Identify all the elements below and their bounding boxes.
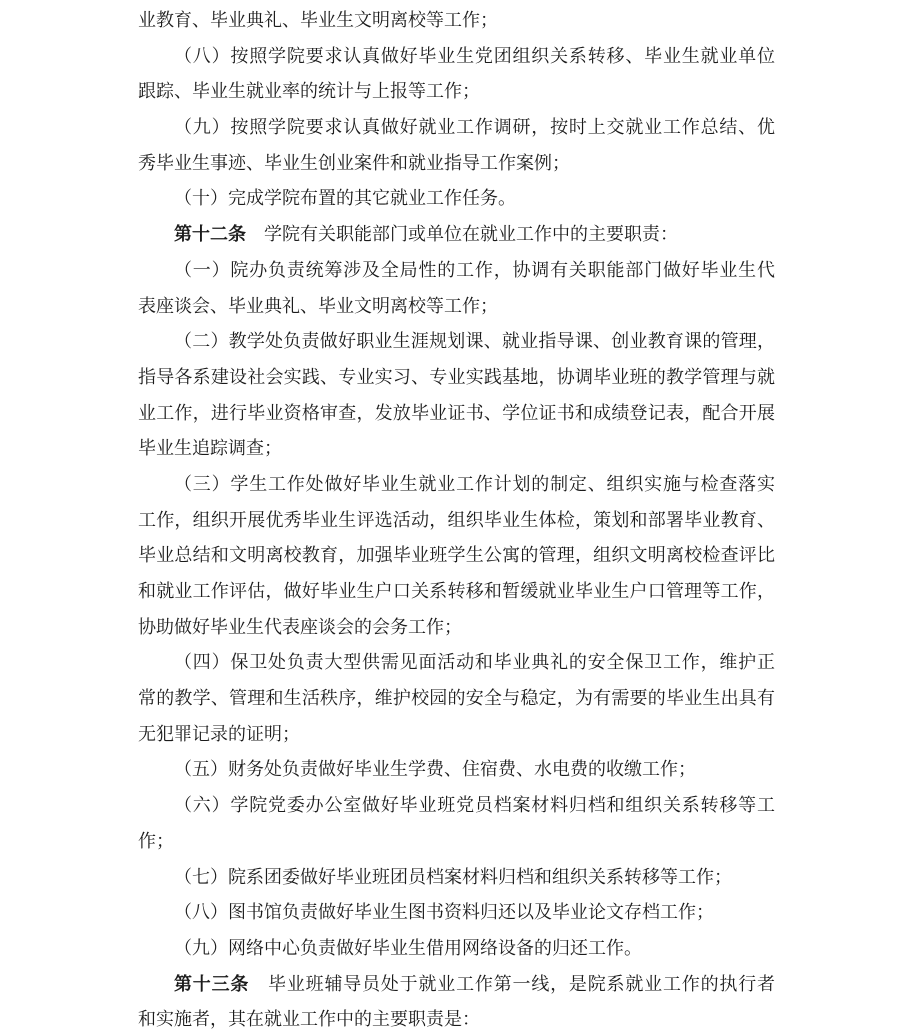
text-line-content: （四）保卫处负责大型供需见面活动和毕业典礼的安全保卫工作，维护正 [174,645,776,681]
text-line-content: （六）学院党委办公室做好毕业班党员档案材料归档和组织关系转移等工 [174,788,776,824]
text-line-content: （九）按照学院要求认真做好就业工作调研，按时上交就业工作总结、优 [174,110,776,146]
body-text: （九）按照学院要求认真做好就业工作调研，按时上交就业工作总结、优 [174,117,776,137]
text-line: （五）财务处负责做好毕业生学费、住宿费、水电费的收缴工作； [138,752,775,788]
text-line: （四）保卫处负责大型供需见面活动和毕业典礼的安全保卫工作，维护正 [138,645,775,681]
text-line: 业工作，进行毕业资格审查，发放毕业证书、学位证书和成绩登记表，配合开展 [138,396,775,432]
text-line-content: （七）院系团委做好毕业班团员档案材料归档和组织关系转移等工作； [174,860,732,896]
text-line: 指导各系建设社会实践、专业实习、专业实践基地，协调毕业班的教学管理与就 [138,360,775,396]
body-text: 毕业班辅导员处于就业工作第一线，是院系就业工作的执行者 [249,974,776,994]
text-line-content: 无犯罪记录的证明； [138,717,300,753]
text-line: （六）学院党委办公室做好毕业班党员档案材料归档和组织关系转移等工 [138,788,775,824]
body-text: （六）学院党委办公室做好毕业班党员档案材料归档和组织关系转移等工 [174,795,776,815]
body-text: （十）完成学院布置的其它就业工作任务。 [174,188,516,208]
body-text: 指导各系建设社会实践、专业实习、专业实践基地，协调毕业班的教学管理与就 [138,367,775,387]
text-line: 协助做好毕业生代表座谈会的会务工作； [138,610,775,646]
text-line-content: 作； [138,824,174,860]
body-text: 业工作，进行毕业资格审查，发放毕业证书、学位证书和成绩登记表，配合开展 [138,403,775,423]
text-line-content: （二）教学处负责做好职业生涯规划课、就业指导课、创业教育课的管理， [174,324,775,360]
body-text: 作； [138,831,174,851]
text-line: 第十二条 学院有关职能部门或单位在就业工作中的主要职责： [138,217,775,253]
text-line-content: 业工作，进行毕业资格审查，发放毕业证书、学位证书和成绩登记表，配合开展 [138,396,775,432]
body-text: （一）院办负责统筹涉及全局性的工作，协调有关职能部门做好毕业生代 [174,260,776,280]
body-text: 毕业生追踪调查； [138,438,282,458]
text-line: 跟踪、毕业生就业率的统计与上报等工作； [138,74,775,110]
body-text: （四）保卫处负责大型供需见面活动和毕业典礼的安全保卫工作，维护正 [174,652,776,672]
body-text: 学院有关职能部门或单位在就业工作中的主要职责： [246,224,678,244]
body-text: 和实施者，其在就业工作中的主要职责是： [138,1009,480,1029]
text-line-content: 和实施者，其在就业工作中的主要职责是： [138,1002,480,1034]
text-line-content: 第十三条 毕业班辅导员处于就业工作第一线，是院系就业工作的执行者 [174,967,776,1003]
body-text: （七）院系团委做好毕业班团员档案材料归档和组织关系转移等工作； [174,867,732,887]
text-line: （九）网络中心负责做好毕业生借用网络设备的归还工作。 [138,931,775,967]
text-line-content: 跟踪、毕业生就业率的统计与上报等工作； [138,74,480,110]
body-text: 毕业总结和文明离校教育，加强毕业班学生公寓的管理，组织文明离校检查评比 [138,545,775,565]
bold-heading-text: 第十三条 [174,974,249,994]
text-line: 秀毕业生事迹、毕业生创业案件和就业指导工作案例； [138,146,775,182]
body-text: （二）教学处负责做好职业生涯规划课、就业指导课、创业教育课的管理， [174,331,775,351]
text-line: 常的教学、管理和生活秩序，维护校园的安全与稳定，为有需要的毕业生出具有 [138,681,775,717]
text-line-content: （八）图书馆负责做好毕业生图书资料归还以及毕业论文存档工作； [174,895,714,931]
text-line-content: 表座谈会、毕业典礼、毕业文明离校等工作； [138,289,498,325]
document-page: 业教育、毕业典礼、毕业生文明离校等工作；（八）按照学院要求认真做好毕业生党团组织… [0,0,900,1034]
text-line-content: （五）财务处负责做好毕业生学费、住宿费、水电费的收缴工作； [174,752,696,788]
text-line: 作； [138,824,775,860]
text-line: 第十三条 毕业班辅导员处于就业工作第一线，是院系就业工作的执行者 [138,967,775,1003]
body-text: （九）网络中心负责做好毕业生借用网络设备的归还工作。 [174,938,642,958]
text-line: 毕业总结和文明离校教育，加强毕业班学生公寓的管理，组织文明离校检查评比 [138,538,775,574]
bold-heading-text: 第十二条 [174,224,246,244]
text-line: （十）完成学院布置的其它就业工作任务。 [138,181,775,217]
text-line-content: 毕业总结和文明离校教育，加强毕业班学生公寓的管理，组织文明离校检查评比 [138,538,775,574]
body-text: （五）财务处负责做好毕业生学费、住宿费、水电费的收缴工作； [174,759,696,779]
text-line-content: 和就业工作评估，做好毕业生户口关系转移和暂缓就业毕业生户口管理等工作， [138,574,775,610]
document-content: 业教育、毕业典礼、毕业生文明离校等工作；（八）按照学院要求认真做好毕业生党团组织… [138,3,775,1034]
text-line-content: （三）学生工作处做好毕业生就业工作计划的制定、组织实施与检查落实 [174,467,776,503]
body-text: （三）学生工作处做好毕业生就业工作计划的制定、组织实施与检查落实 [174,474,776,494]
text-line-content: 秀毕业生事迹、毕业生创业案件和就业指导工作案例； [138,146,570,182]
body-text: 秀毕业生事迹、毕业生创业案件和就业指导工作案例； [138,153,570,173]
text-line-content: 毕业生追踪调查； [138,431,282,467]
text-line-content: （一）院办负责统筹涉及全局性的工作，协调有关职能部门做好毕业生代 [174,253,776,289]
text-line: 业教育、毕业典礼、毕业生文明离校等工作； [138,3,775,39]
text-line: （八）按照学院要求认真做好毕业生党团组织关系转移、毕业生就业单位 [138,39,775,75]
text-line: （八）图书馆负责做好毕业生图书资料归还以及毕业论文存档工作； [138,895,775,931]
text-line: 毕业生追踪调查； [138,431,775,467]
text-line: 和就业工作评估，做好毕业生户口关系转移和暂缓就业毕业生户口管理等工作， [138,574,775,610]
text-line: （九）按照学院要求认真做好就业工作调研，按时上交就业工作总结、优 [138,110,775,146]
text-line-content: 工作，组织开展优秀毕业生评选活动，组织毕业生体检，策划和部署毕业教育、 [138,503,775,539]
text-line-content: 协助做好毕业生代表座谈会的会务工作； [138,610,462,646]
text-line-content: 常的教学、管理和生活秩序，维护校园的安全与稳定，为有需要的毕业生出具有 [138,681,775,717]
body-text: （八）按照学院要求认真做好毕业生党团组织关系转移、毕业生就业单位 [174,46,776,66]
text-line-content: 指导各系建设社会实践、专业实习、专业实践基地，协调毕业班的教学管理与就 [138,360,775,396]
text-line: 无犯罪记录的证明； [138,717,775,753]
text-line: （三）学生工作处做好毕业生就业工作计划的制定、组织实施与检查落实 [138,467,775,503]
text-line-content: （八）按照学院要求认真做好毕业生党团组织关系转移、毕业生就业单位 [174,39,776,75]
text-line: 表座谈会、毕业典礼、毕业文明离校等工作； [138,289,775,325]
text-line: （七）院系团委做好毕业班团员档案材料归档和组织关系转移等工作； [138,860,775,896]
body-text: 跟踪、毕业生就业率的统计与上报等工作； [138,81,480,101]
text-line-content: （九）网络中心负责做好毕业生借用网络设备的归还工作。 [174,931,642,967]
body-text: 表座谈会、毕业典礼、毕业文明离校等工作； [138,296,498,316]
body-text: 工作，组织开展优秀毕业生评选活动，组织毕业生体检，策划和部署毕业教育、 [138,510,775,530]
body-text: 无犯罪记录的证明； [138,724,300,744]
text-line-content: 业教育、毕业典礼、毕业生文明离校等工作； [138,3,498,39]
body-text: 和就业工作评估，做好毕业生户口关系转移和暂缓就业毕业生户口管理等工作， [138,581,775,601]
text-line: 工作，组织开展优秀毕业生评选活动，组织毕业生体检，策划和部署毕业教育、 [138,503,775,539]
text-line: 和实施者，其在就业工作中的主要职责是： [138,1002,775,1034]
text-line: （二）教学处负责做好职业生涯规划课、就业指导课、创业教育课的管理， [138,324,775,360]
body-text: （八）图书馆负责做好毕业生图书资料归还以及毕业论文存档工作； [174,902,714,922]
text-line-content: 第十二条 学院有关职能部门或单位在就业工作中的主要职责： [174,217,678,253]
text-line: （一）院办负责统筹涉及全局性的工作，协调有关职能部门做好毕业生代 [138,253,775,289]
body-text: 常的教学、管理和生活秩序，维护校园的安全与稳定，为有需要的毕业生出具有 [138,688,775,708]
text-line-content: （十）完成学院布置的其它就业工作任务。 [174,181,516,217]
body-text: 协助做好毕业生代表座谈会的会务工作； [138,617,462,637]
body-text: 业教育、毕业典礼、毕业生文明离校等工作； [138,10,498,30]
